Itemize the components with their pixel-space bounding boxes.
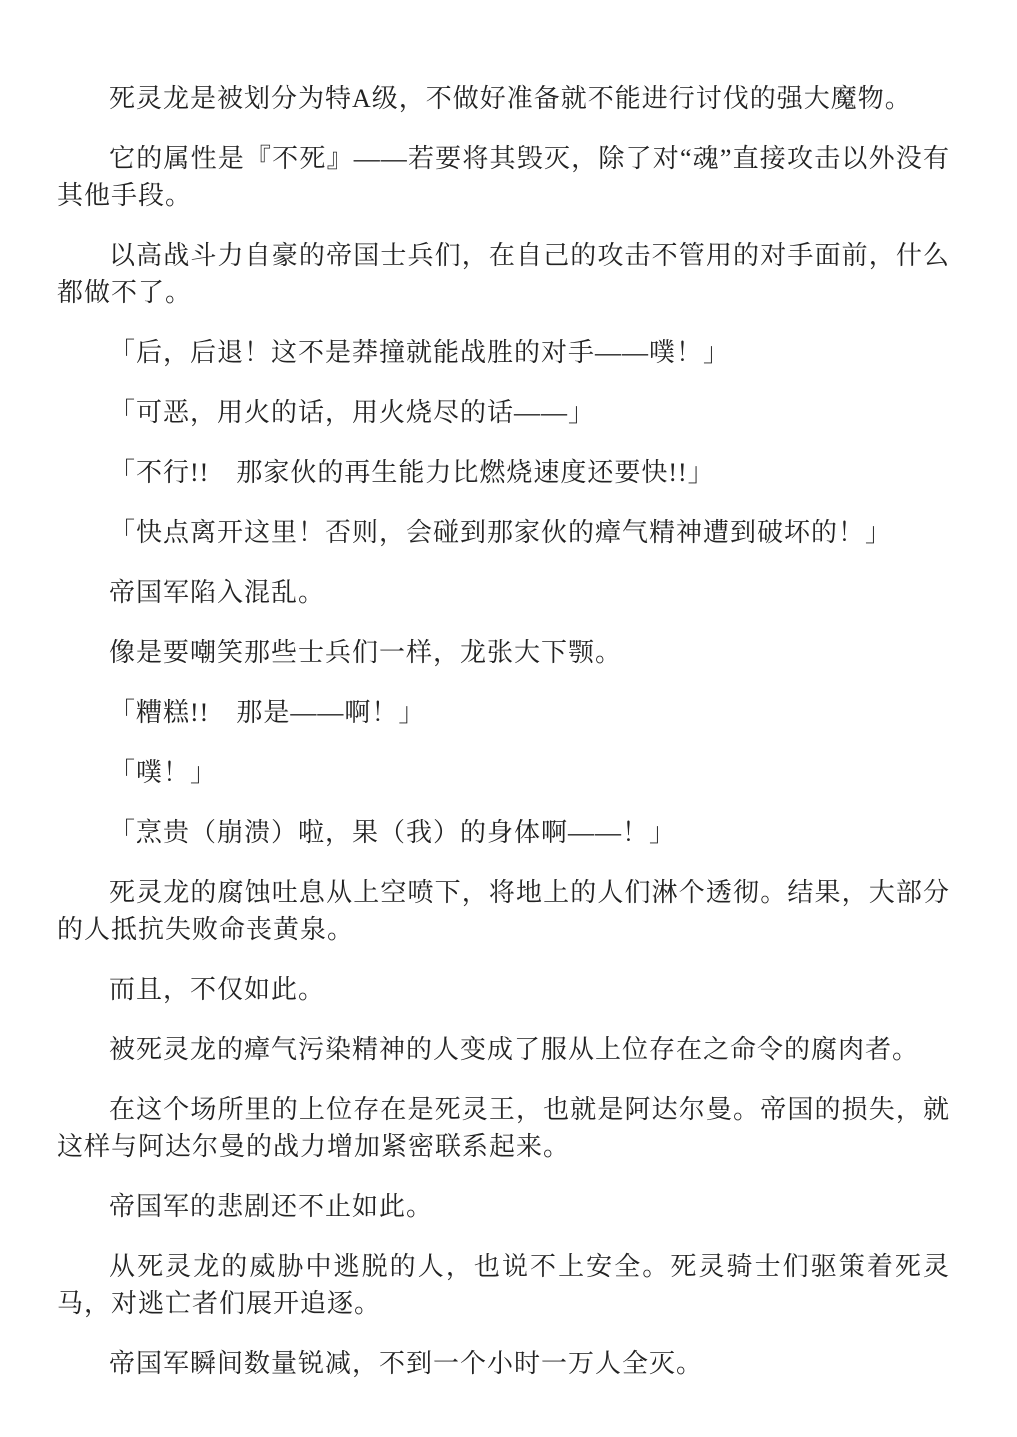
paragraph-9: 像是要嘲笑那些士兵们一样，龙张大下颚。 [57, 634, 950, 671]
paragraph-6: 「不行!! 那家伙的再生能力比燃烧速度还要快!!」 [57, 454, 950, 491]
paragraph-1: 死灵龙是被划分为特A级，不做好准备就不能进行讨伐的强大魔物。 [57, 80, 950, 117]
paragraph-12: 「烹贵（崩溃）啦，果（我）的身体啊——！」 [57, 814, 950, 851]
paragraph-17: 帝国军的悲剧还不止如此。 [57, 1188, 950, 1225]
paragraph-15: 被死灵龙的瘴气污染精神的人变成了服从上位存在之命令的腐肉者。 [57, 1031, 950, 1068]
paragraph-8: 帝国军陷入混乱。 [57, 574, 950, 611]
paragraph-19: 帝国军瞬间数量锐减，不到一个小时一万人全灭。 [57, 1345, 950, 1382]
paragraph-4: 「后，后退！这不是莽撞就能战胜的对手——噗！」 [57, 334, 950, 371]
paragraph-3: 以高战斗力自豪的帝国士兵们，在自己的攻击不管用的对手面前，什么都做不了。 [57, 237, 950, 311]
document-body: { "page": { "background_color": "#ffffff… [0, 0, 1017, 1437]
paragraph-14: 而且，不仅如此。 [57, 971, 950, 1008]
paragraph-7: 「快点离开这里！否则，会碰到那家伙的瘴气精神遭到破坏的！」 [57, 514, 950, 551]
document-page: 死灵龙是被划分为特A级，不做好准备就不能进行讨伐的强大魔物。 它的属性是『不死』… [0, 0, 1017, 1437]
paragraph-5: 「可恶，用火的话，用火烧尽的话——」 [57, 394, 950, 431]
paragraph-11: 「噗！」 [57, 754, 950, 791]
paragraph-18: 从死灵龙的威胁中逃脱的人，也说不上安全。死灵骑士们驱策着死灵马，对逃亡者们展开追… [57, 1248, 950, 1322]
paragraph-2: 它的属性是『不死』——若要将其毁灭，除了对“魂”直接攻击以外没有其他手段。 [57, 140, 950, 214]
paragraph-13: 死灵龙的腐蚀吐息从上空喷下，将地上的人们淋个透彻。结果，大部分的人抵抗失败命丧黄… [57, 874, 950, 948]
paragraph-10: 「糟糕!! 那是——啊！」 [57, 694, 950, 731]
paragraph-16: 在这个场所里的上位存在是死灵王，也就是阿达尔曼。帝国的损失，就这样与阿达尔曼的战… [57, 1091, 950, 1165]
